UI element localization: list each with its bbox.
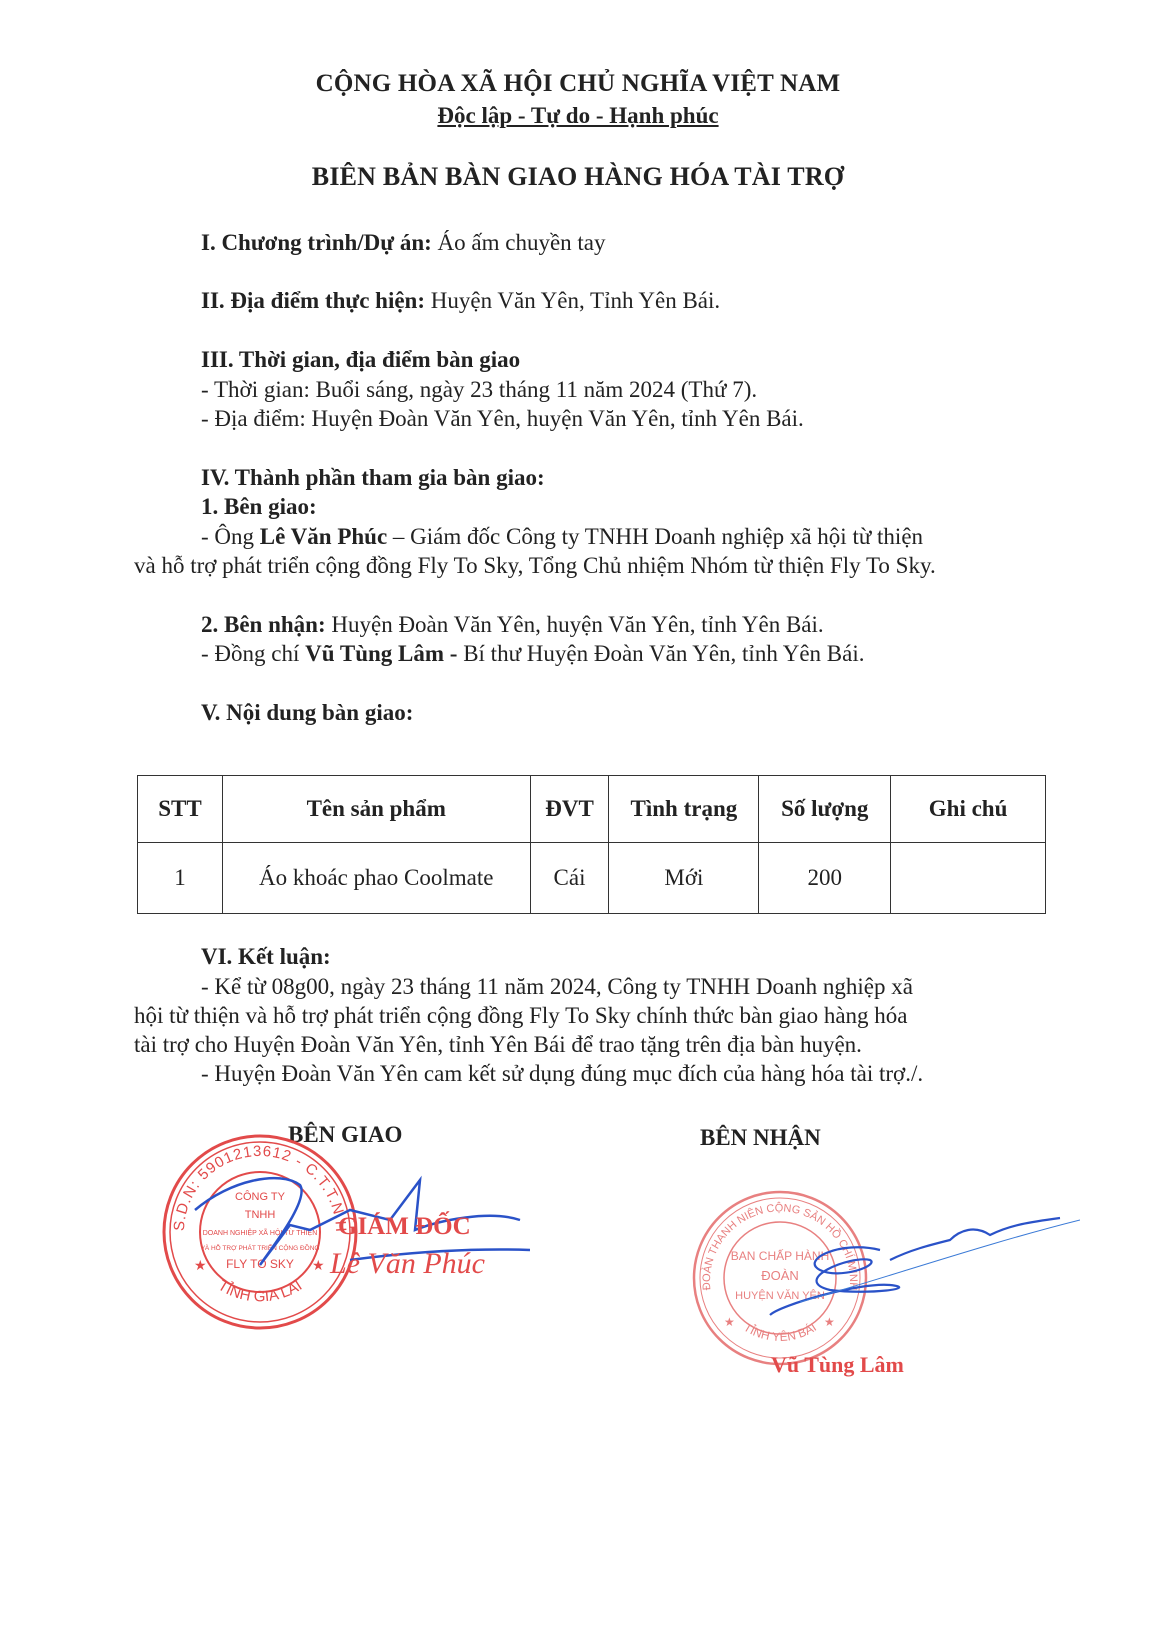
giver-desc: – Giám đốc Công ty TNHH Doanh nghiệp xã …: [387, 524, 923, 549]
giver-signature-name: Lê Văn Phúc: [330, 1247, 485, 1281]
conclusion-line-3: tài trợ cho Huyện Đoàn Văn Yên, tỉnh Yên…: [134, 1032, 862, 1058]
receiver-label: 2. Bên nhận:: [201, 612, 326, 637]
receiver-signature-heading: BÊN NHẬN: [700, 1125, 821, 1151]
receiver-signature-icon: [760, 1210, 1080, 1320]
motto: Độc lập - Tự do - Hạnh phúc: [0, 103, 1156, 129]
giver-line-1: - Ông Lê Văn Phúc – Giám đốc Công ty TNH…: [201, 524, 923, 550]
conclusion-line-1: - Kể từ 08g00, ngày 23 tháng 11 năm 2024…: [201, 974, 913, 1000]
header-note: Ghi chú: [891, 776, 1046, 843]
header-product-name: Tên sản phẩm: [222, 776, 530, 843]
giver-prefix: - Ông: [201, 524, 260, 549]
section-participants-label: IV. Thành phần tham gia bàn giao:: [201, 465, 545, 491]
giver-label: 1. Bên giao:: [201, 494, 317, 520]
receiver-rep-line: - Đồng chí Vũ Tùng Lâm - Bí thư Huyện Đo…: [201, 641, 864, 667]
giver-signature-title: GIÁM ĐỐC: [338, 1213, 471, 1241]
handover-time: - Thời gian: Buổi sáng, ngày 23 tháng 11…: [201, 377, 757, 403]
section-program-label: I. Chương trình/Dự án:: [201, 230, 432, 255]
header-condition: Tình trạng: [609, 776, 759, 843]
section-time-place-label: III. Thời gian, địa điểm bàn giao: [201, 347, 520, 373]
giver-name: Lê Văn Phúc: [260, 524, 387, 549]
header-unit: ĐVT: [530, 776, 609, 843]
section-program: I. Chương trình/Dự án: Áo ấm chuyền tay: [201, 230, 606, 256]
table-row: 1 Áo khoác phao Coolmate Cái Mới 200: [138, 843, 1046, 914]
header-stt: STT: [138, 776, 223, 843]
receiver-signature-name: Vũ Tùng Lâm: [771, 1352, 904, 1378]
svg-text:TỈNH YÊN BÁI: TỈNH YÊN BÁI: [741, 1320, 819, 1344]
giver-line-2: và hỗ trợ phát triển cộng đồng Fly To Sk…: [134, 553, 936, 579]
section-location-value: Huyện Văn Yên, Tỉnh Yên Bái.: [425, 288, 720, 313]
receiver-rep-name: Vũ Tùng Lâm -: [305, 641, 457, 666]
table-header-row: STT Tên sản phẩm ĐVT Tình trạng Số lượng…: [138, 776, 1046, 843]
receiver-value: Huyện Đoàn Văn Yên, huyện Văn Yên, tỉnh …: [326, 612, 824, 637]
receiver-rep-desc: Bí thư Huyện Đoàn Văn Yên, tỉnh Yên Bái.: [457, 641, 864, 666]
section-program-value: Áo ấm chuyền tay: [432, 230, 606, 255]
header-quantity: Số lượng: [759, 776, 891, 843]
cell-stt: 1: [138, 843, 223, 914]
cell-unit: Cái: [530, 843, 609, 914]
conclusion-line-4: - Huyện Đoàn Văn Yên cam kết sử dụng đún…: [201, 1061, 923, 1087]
section-content-label: V. Nội dung bàn giao:: [201, 700, 413, 726]
section-conclusion-label: VI. Kết luận:: [201, 944, 331, 970]
handover-place: - Địa điểm: Huyện Đoàn Văn Yên, huyện Vă…: [201, 406, 804, 432]
svg-text:★: ★: [724, 1315, 735, 1329]
section-location-label: II. Địa điểm thực hiện:: [201, 288, 425, 313]
goods-table: STT Tên sản phẩm ĐVT Tình trạng Số lượng…: [137, 775, 1046, 914]
nation-heading: CỘNG HÒA XÃ HỘI CHỦ NGHĨA VIỆT NAM: [0, 70, 1156, 98]
receiver-line: 2. Bên nhận: Huyện Đoàn Văn Yên, huyện V…: [201, 612, 824, 638]
section-location: II. Địa điểm thực hiện: Huyện Văn Yên, T…: [201, 288, 720, 314]
conclusion-line-2: hội từ thiện và hỗ trợ phát triển cộng đ…: [134, 1003, 908, 1029]
cell-note: [891, 843, 1046, 914]
receiver-rep-prefix: - Đồng chí: [201, 641, 305, 666]
cell-condition: Mới: [609, 843, 759, 914]
document-title: BIÊN BẢN BÀN GIAO HÀNG HÓA TÀI TRỢ: [0, 162, 1156, 192]
cell-quantity: 200: [759, 843, 891, 914]
cell-product-name: Áo khoác phao Coolmate: [222, 843, 530, 914]
